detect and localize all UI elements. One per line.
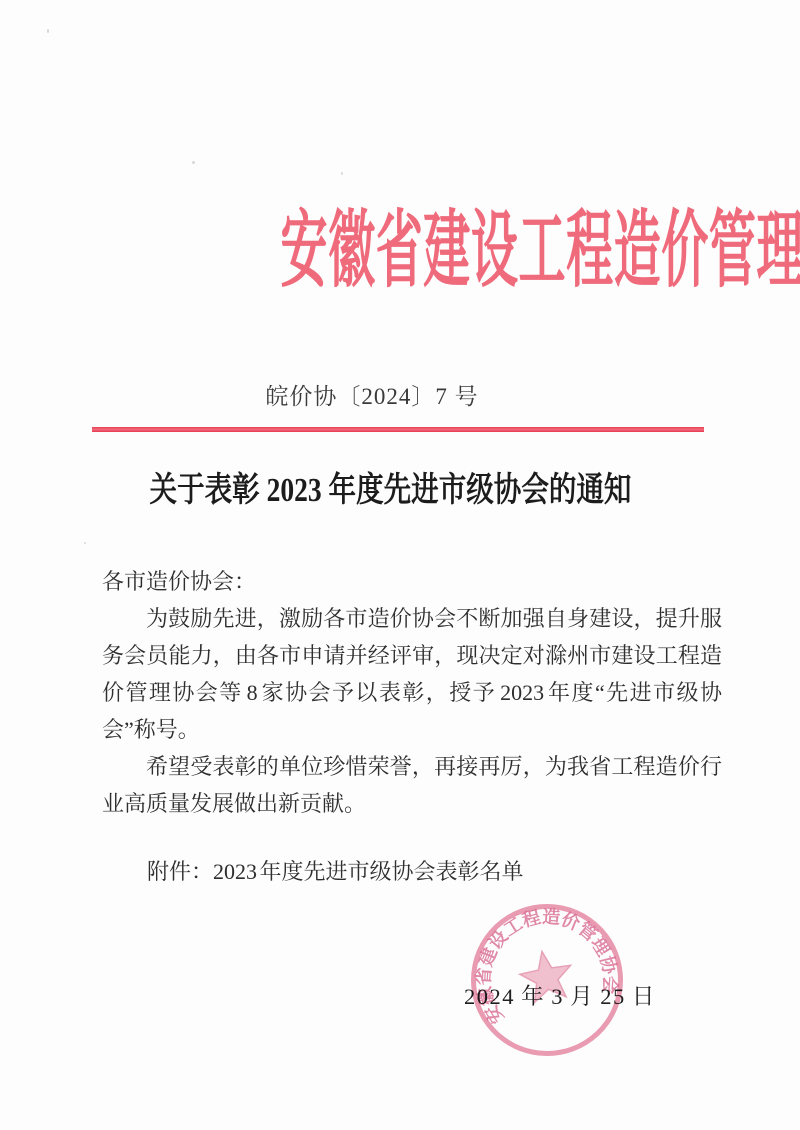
official-seal: 安徽省建设工程造价管理协会: [454, 887, 639, 1072]
scan-speck: [47, 29, 49, 33]
scanned-document-page: 安徽省建设工程造价管理协会文件 皖价协〔2024〕7 号 关于表彰 2023 年…: [0, 0, 800, 1130]
notice-title-text: 关于表彰 2023 年度先进市级协会的通知: [149, 470, 631, 512]
seal-star-icon: [517, 947, 576, 1004]
red-divider: [92, 427, 704, 432]
org-title: 安徽省建设工程造价管理协会文件: [281, 208, 800, 296]
paragraph-2: 希望受表彰的单位珍惜荣誉，再接再厉，为我省工程造价行业高质量发展做出新贡献。: [102, 748, 722, 822]
salutation: 各市造价协会：: [102, 563, 722, 600]
body-text: 各市造价协会： 为鼓励先进，激励各市造价协会不断加强自身建设，提升服务会员能力，…: [102, 563, 722, 822]
scan-speck: [84, 542, 86, 544]
scan-speck: [192, 161, 195, 164]
masthead: 安徽省建设工程造价管理协会文件: [0, 208, 800, 296]
scan-speck: [341, 172, 343, 175]
notice-title: 关于表彰 2023 年度先进市级协会的通知: [0, 470, 790, 512]
doc-number: 皖价协〔2024〕7 号: [0, 383, 772, 411]
attachment-line: 附件：2023 年度先进市级协会表彰名单: [102, 855, 722, 889]
paragraph-1: 为鼓励先进，激励各市造价协会不断加强自身建设，提升服务会员能力，由各市申请并经评…: [102, 600, 722, 748]
